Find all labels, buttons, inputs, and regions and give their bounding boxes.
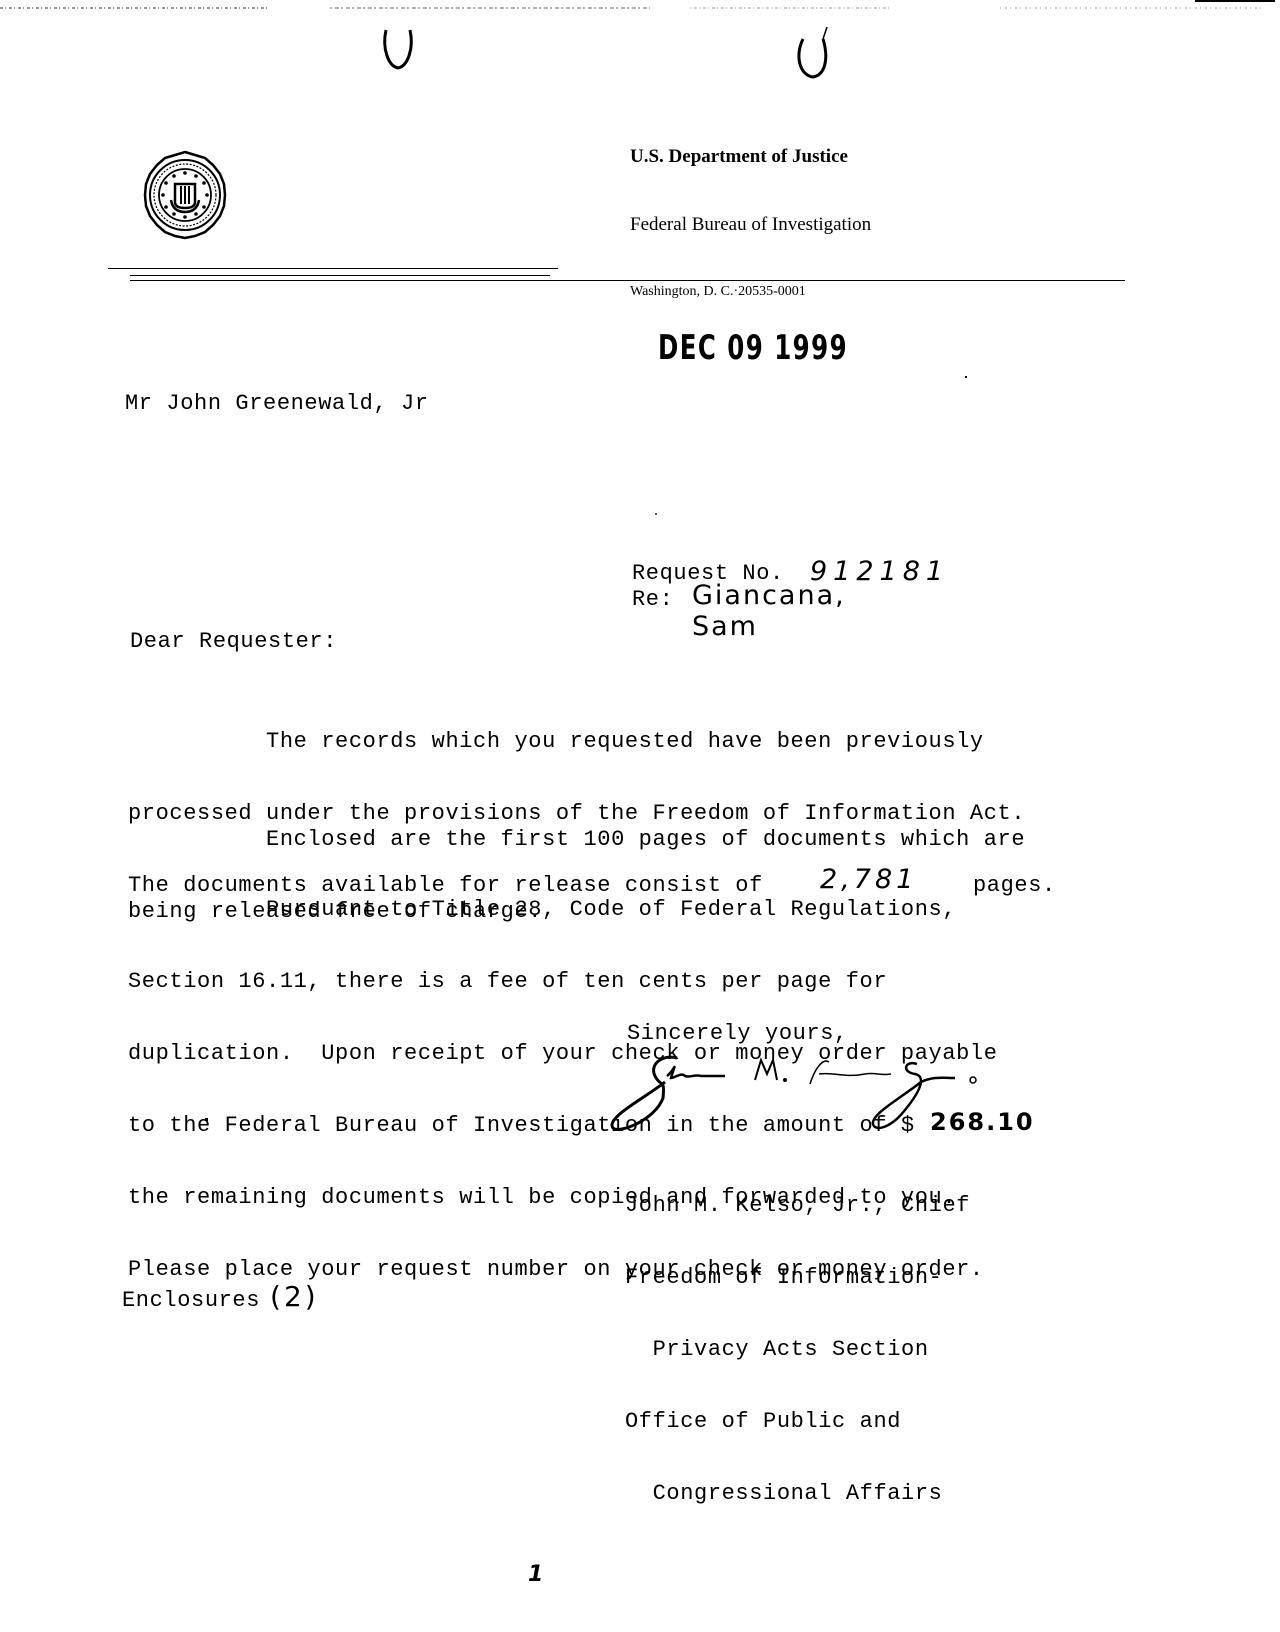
letterhead-rule-main [130,280,1125,281]
enclosures-count: (2) [270,1280,319,1313]
signature [605,1048,985,1138]
body-line: The records which you requested have bee… [128,730,1025,754]
body-line: Pursuant to Title 28, Code of Federal Re… [128,898,998,922]
signer-line: Office of Public and [625,1410,970,1434]
letterhead-rule-left [108,268,558,269]
re-value: Giancana, Sam [692,580,846,642]
request-block: Request No. 912181 Re: Giancana, Sam [632,562,784,614]
scan-speck [205,1118,208,1121]
fbi-seal-icon [143,150,227,240]
signer-block: John M. Kelso, Jr., Chief Freedom of Inf… [625,1146,970,1530]
letterhead-rule-left-2 [130,275,550,276]
date-stamp: DEC 09 1999 [658,328,848,368]
body-line: Enclosed are the first 100 pages of docu… [128,828,1025,852]
punch-hole-left-icon [380,28,416,70]
bureau-address: Washington, D. C.·20535-0001 [630,284,806,300]
complimentary-close: Sincerely yours, [627,1022,848,1046]
body-line: Section 16.11, there is a fee of ten cen… [128,970,998,994]
signer-line: John M. Kelso, Jr., Chief [625,1194,970,1218]
department-title: U.S. Department of Justice [630,146,848,168]
bureau-title: Federal Bureau of Investigation [630,214,871,236]
addressee: Mr John Greenewald, Jr [125,392,429,416]
salutation: Dear Requester: [130,630,337,654]
scan-speck [655,513,657,515]
enclosures-line: Enclosures (2) [122,1280,319,1313]
scan-artifact-corner [1195,0,1275,2]
signer-line: Congressional Affairs [625,1482,970,1506]
enclosures-label: Enclosures [122,1288,260,1313]
scan-artifact-top [0,6,1280,10]
punch-hole-right-icon [793,25,833,81]
re-label: Re: [632,587,673,612]
scan-speck [965,376,967,378]
signer-line: Freedom of Information- [625,1266,970,1290]
signer-line: Privacy Acts Section [625,1338,970,1362]
page-number: 1 [528,1562,546,1587]
